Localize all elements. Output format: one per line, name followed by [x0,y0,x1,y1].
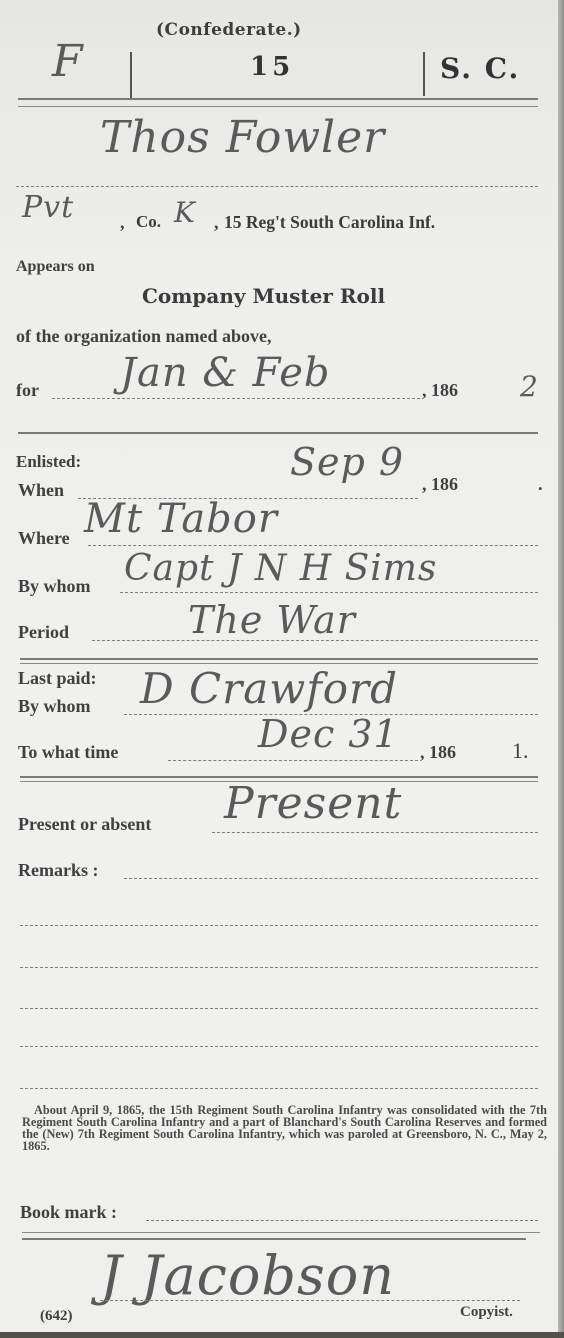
book-mark-line [146,1220,538,1221]
header-rule-top [18,98,538,100]
when-label: When [18,480,64,501]
header-divider-right [423,52,425,96]
appears-on-label: Appears on [16,258,95,276]
remarks-line-1 [20,925,538,926]
footer-rule-bottom [22,1238,526,1240]
enlisted-by-whom-value: Capt J N H Sims [124,548,437,589]
when-year-digit: . [538,474,543,495]
organization-text: of the organization named above, [16,326,272,347]
for-line [52,398,420,399]
card-edge-bottom [0,1332,564,1338]
for-year-prefix: , 186 [422,380,458,401]
regiment-history-note: About April 9, 1865, the 15th Regiment S… [22,1104,547,1152]
book-mark-label: Book mark : [20,1202,117,1223]
to-what-time-label: To what time [18,742,118,763]
to-what-time-line [168,760,418,761]
where-value: Mt Tabor [84,496,278,542]
rank-comma: , [120,212,125,233]
remarks-line-0 [124,878,538,879]
to-what-time-year-digit: 1. [512,738,529,764]
rank-value: Pvt [22,190,74,225]
remarks-line-2 [20,967,538,968]
state-label: S. C. [440,52,520,85]
for-year-digit: 2 [520,370,539,403]
copyist-line [100,1300,520,1301]
remarks-line-4 [20,1046,538,1047]
regiment-number: 15 [250,52,294,82]
header-rule-bottom [18,106,538,107]
unit-text: 15 Reg't South Carolina Inf. [224,212,435,233]
classification-label: (Confederate.) [156,20,302,40]
file-mark: F [52,36,84,87]
remarks-line-5 [20,1088,538,1089]
soldier-name: Thos Fowler [100,112,385,163]
remarks-label: Remarks : [18,860,98,881]
last-paid-by-whom-label: By whom [18,696,91,717]
card-edge-right [558,0,564,1338]
when-value: Sep 9 [290,440,404,484]
for-value: Jan & Feb [120,350,331,396]
footer-rule-top [22,1232,540,1233]
company-value: K [174,196,196,229]
where-label: Where [18,528,70,549]
section-rule-1 [18,432,538,434]
enlisted-by-whom-line [120,592,538,593]
last-paid-by-whom-value: D Crawford [140,664,398,713]
section-rule-2 [20,658,538,660]
name-line [16,186,538,187]
present-absent-line [212,832,538,833]
record-type: Company Muster Roll [142,284,385,308]
copyist-signature: J Jacobson [100,1244,395,1307]
where-line [88,545,538,546]
copyist-label: Copyist. [460,1304,513,1321]
last-paid-heading: Last paid: [18,668,97,689]
present-absent-value: Present [224,778,402,829]
enlisted-heading: Enlisted: [16,452,81,472]
muster-roll-card: F (Confederate.) 15 S. C. Thos Fowler Pv… [0,0,558,1332]
for-label: for [16,380,39,401]
to-what-time-year-prefix: , 186 [420,742,456,763]
form-number: (642) [40,1308,73,1325]
when-year-prefix: , 186 [422,474,458,495]
period-label: Period [18,622,69,643]
company-label: Co. [136,212,161,232]
unit-comma: , [214,212,219,233]
enlisted-by-whom-label: By whom [18,576,91,597]
to-what-time-value: Dec 31 [258,712,399,756]
present-absent-label: Present or absent [18,814,151,835]
header-divider-left [130,52,132,100]
period-value: The War [188,598,356,642]
remarks-line-3 [20,1008,538,1009]
